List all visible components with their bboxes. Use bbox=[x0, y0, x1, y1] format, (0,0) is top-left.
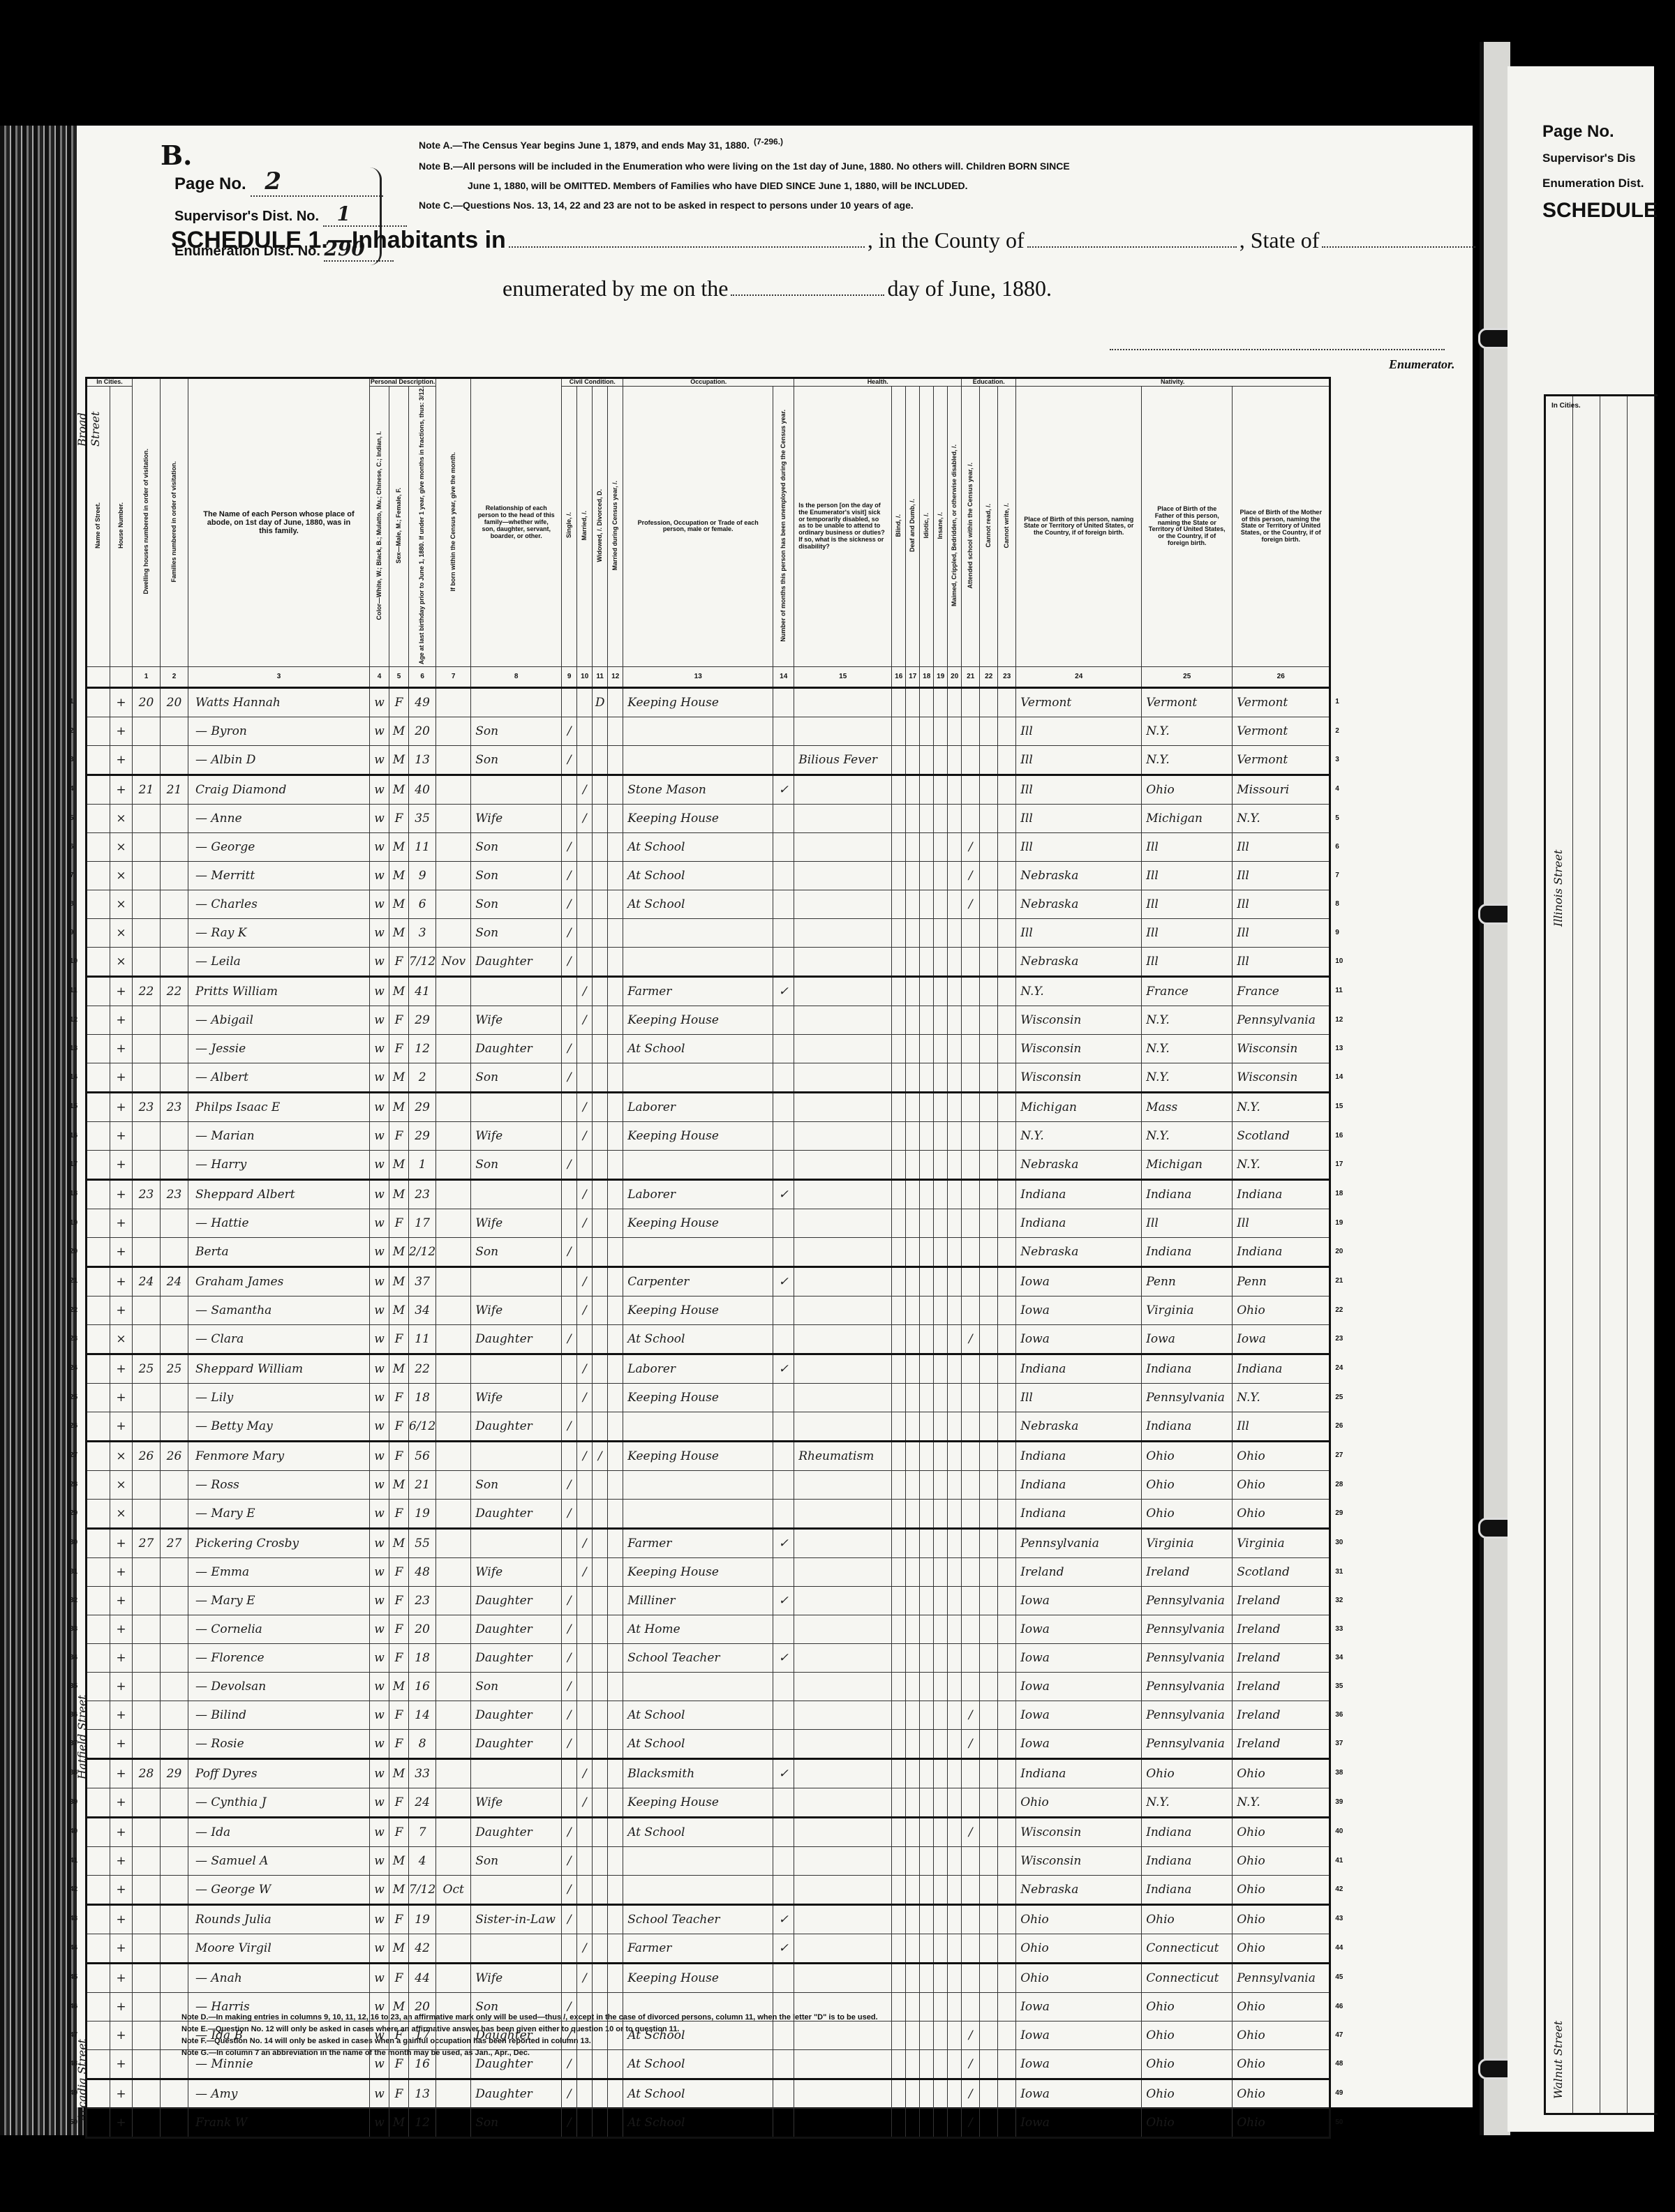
birthplace-cell: Indiana bbox=[1016, 1758, 1142, 1788]
sex-cell: M bbox=[389, 745, 409, 775]
line-number: 49 bbox=[70, 2089, 77, 2097]
empty-cell bbox=[934, 804, 948, 832]
dwelling-number bbox=[133, 832, 161, 861]
line-number: 13 bbox=[70, 1045, 77, 1052]
widowed-mark bbox=[593, 1817, 608, 1846]
age-cell: 11 bbox=[409, 832, 436, 861]
dwelling-number bbox=[133, 1006, 161, 1034]
occupation-cell: Stone Mason bbox=[623, 775, 773, 804]
empty-cell bbox=[934, 2021, 948, 2049]
age-cell: 56 bbox=[409, 1441, 436, 1470]
empty-cell bbox=[87, 1354, 110, 1383]
empty-cell bbox=[980, 775, 998, 804]
empty-cell bbox=[980, 1586, 998, 1615]
census-table: In Cities. Dwelling houses numbered in o… bbox=[85, 377, 1331, 2139]
attended-school-mark bbox=[962, 1441, 980, 1470]
empty-cell bbox=[608, 1296, 623, 1324]
married-mark bbox=[577, 832, 593, 861]
father-birthplace-cell: Indiana bbox=[1142, 1237, 1233, 1266]
table-row: +— Cynthia JwF24Wife/Keeping HouseOhioN.… bbox=[87, 1788, 1330, 1817]
line-number: 22 bbox=[1335, 1306, 1343, 1314]
empty-cell bbox=[920, 775, 934, 804]
birthplace-cell: Iowa bbox=[1016, 1615, 1142, 1643]
birthplace-cell: Iowa bbox=[1016, 2108, 1142, 2137]
empty-cell bbox=[948, 1383, 962, 1412]
mother-birthplace-cell: Ohio bbox=[1233, 1875, 1330, 1904]
house-number: + bbox=[110, 1586, 133, 1615]
enumerated-line: enumerated by me on the day of June, 188… bbox=[502, 276, 1052, 301]
birthplace-cell: Ohio bbox=[1016, 1963, 1142, 1992]
empty-cell bbox=[998, 1179, 1016, 1209]
empty-cell bbox=[608, 1150, 623, 1179]
adjacent-table: In Cities. Illinois Street Walnut Street bbox=[1544, 394, 1658, 2115]
color-cell: w bbox=[370, 1470, 389, 1499]
person-name: — Bilind bbox=[188, 1701, 370, 1729]
empty-cell bbox=[980, 1788, 998, 1817]
col-5-header: Sex—Male, M.; Female, F. bbox=[389, 386, 409, 666]
widowed-mark bbox=[593, 1904, 608, 1934]
color-cell: w bbox=[370, 1904, 389, 1934]
col-4-header: Color—White, W.; Black, B.; Mulatto, Mu.… bbox=[370, 386, 389, 666]
table-row: +— CorneliawF20Daughter/At HomeIowaPenns… bbox=[87, 1615, 1330, 1643]
empty-cell bbox=[934, 1963, 948, 1992]
empty-cell bbox=[906, 1121, 920, 1150]
person-name: Graham James bbox=[188, 1266, 370, 1296]
empty-cell bbox=[906, 918, 920, 947]
widowed-mark bbox=[593, 1729, 608, 1758]
relationship-cell bbox=[471, 1875, 562, 1904]
family-number: 21 bbox=[161, 775, 188, 804]
widowed-mark bbox=[593, 947, 608, 976]
table-row: +— MinniewF16Daughter/At School/IowaOhio… bbox=[87, 2049, 1330, 2079]
occupation-cell: Keeping House bbox=[623, 1383, 773, 1412]
relationship-cell: Daughter bbox=[471, 1586, 562, 1615]
unemployed-cell bbox=[773, 861, 794, 890]
empty-cell bbox=[892, 1063, 906, 1092]
page-no-field: Page No. 2 bbox=[174, 167, 383, 197]
birthplace-cell: Wisconsin bbox=[1016, 1063, 1142, 1092]
married-mark: / bbox=[577, 1121, 593, 1150]
color-cell: w bbox=[370, 1528, 389, 1557]
single-mark: / bbox=[562, 2108, 577, 2137]
sex-cell: F bbox=[389, 2079, 409, 2108]
widowed-mark bbox=[593, 918, 608, 947]
empty-cell bbox=[920, 2021, 934, 2049]
occupation-cell: Keeping House bbox=[623, 1963, 773, 1992]
single-mark: / bbox=[562, 1729, 577, 1758]
family-number bbox=[161, 2021, 188, 2049]
sex-cell: M bbox=[389, 1237, 409, 1266]
relationship-cell bbox=[471, 1758, 562, 1788]
empty-cell bbox=[980, 1615, 998, 1643]
family-number bbox=[161, 1586, 188, 1615]
inhabitants-in-field[interactable] bbox=[509, 246, 865, 248]
house-number: + bbox=[110, 1237, 133, 1266]
sickness-cell bbox=[794, 1063, 892, 1092]
birth-month-cell bbox=[436, 861, 471, 890]
dwelling-number: 23 bbox=[133, 1179, 161, 1209]
empty-cell bbox=[980, 2079, 998, 2108]
line-number: 49 bbox=[1335, 2089, 1343, 2097]
sickness-cell bbox=[794, 1615, 892, 1643]
empty-cell bbox=[892, 1121, 906, 1150]
married-mark: / bbox=[577, 1383, 593, 1412]
relationship-cell: Daughter bbox=[471, 947, 562, 976]
unemployed-cell bbox=[773, 2049, 794, 2079]
adjacent-page-no-label: Page No. bbox=[1542, 122, 1614, 142]
unemployed-cell bbox=[773, 687, 794, 717]
line-number: 15 bbox=[70, 1103, 77, 1110]
father-birthplace-cell: Michigan bbox=[1142, 1150, 1233, 1179]
empty-cell bbox=[608, 804, 623, 832]
color-cell: w bbox=[370, 1701, 389, 1729]
mother-birthplace-cell: Ohio bbox=[1233, 2021, 1330, 2049]
empty-cell bbox=[998, 1528, 1016, 1557]
married-mark bbox=[577, 745, 593, 775]
father-birthplace-cell: N.Y. bbox=[1142, 1034, 1233, 1063]
empty-cell bbox=[998, 2079, 1016, 2108]
single-mark bbox=[562, 1557, 577, 1586]
occupation-cell: At School bbox=[623, 1324, 773, 1354]
empty-cell bbox=[948, 1179, 962, 1209]
unemployed-cell bbox=[773, 1729, 794, 1758]
empty-cell bbox=[934, 1672, 948, 1701]
person-name: Pickering Crosby bbox=[188, 1528, 370, 1557]
enumerator-signature-line[interactable] bbox=[1110, 349, 1445, 350]
father-birthplace-cell: Ill bbox=[1142, 947, 1233, 976]
empty-cell bbox=[906, 2079, 920, 2108]
attended-school-mark bbox=[962, 1179, 980, 1209]
empty-cell bbox=[920, 745, 934, 775]
age-cell: 1 bbox=[409, 1150, 436, 1179]
family-number bbox=[161, 1788, 188, 1817]
empty-cell bbox=[87, 687, 110, 717]
birth-month-cell bbox=[436, 1758, 471, 1788]
occupation-cell: Farmer bbox=[623, 976, 773, 1006]
enumeration-day-field[interactable] bbox=[731, 294, 884, 296]
empty-cell bbox=[980, 890, 998, 918]
empty-cell bbox=[948, 717, 962, 745]
empty-cell bbox=[980, 1412, 998, 1441]
table-row: +— JessiewF12Daughter/At SchoolWisconsin… bbox=[87, 1034, 1330, 1063]
age-cell: 12 bbox=[409, 1034, 436, 1063]
unemployed-cell: ✓ bbox=[773, 1643, 794, 1672]
empty-cell bbox=[998, 1934, 1016, 1963]
person-name: Pritts William bbox=[188, 976, 370, 1006]
person-name: Frank W bbox=[188, 2108, 370, 2137]
empty-cell bbox=[87, 1963, 110, 1992]
house-number: + bbox=[110, 1354, 133, 1383]
empty-cell bbox=[87, 1063, 110, 1092]
empty-cell bbox=[906, 1904, 920, 1934]
widowed-mark bbox=[593, 1063, 608, 1092]
empty-cell bbox=[998, 775, 1016, 804]
sex-cell: M bbox=[389, 861, 409, 890]
empty-cell bbox=[920, 1528, 934, 1557]
line-number: 24 bbox=[70, 1364, 77, 1372]
relationship-cell bbox=[471, 976, 562, 1006]
relationship-cell: Wife bbox=[471, 804, 562, 832]
unemployed-cell: ✓ bbox=[773, 1179, 794, 1209]
dwelling-number bbox=[133, 1470, 161, 1499]
occupation-cell: At School bbox=[623, 2021, 773, 2049]
sex-cell: M bbox=[389, 1092, 409, 1121]
empty-cell bbox=[920, 1092, 934, 1121]
single-mark bbox=[562, 1179, 577, 1209]
table-row: +— Mary EwF23Daughter/Milliner✓IowaPenns… bbox=[87, 1586, 1330, 1615]
birth-month-cell bbox=[436, 717, 471, 745]
empty-cell bbox=[906, 1034, 920, 1063]
single-mark: / bbox=[562, 2049, 577, 2079]
family-number: 23 bbox=[161, 1179, 188, 1209]
dwelling-number bbox=[133, 804, 161, 832]
state-field[interactable] bbox=[1322, 246, 1475, 248]
relationship-cell: Son bbox=[471, 1063, 562, 1092]
empty-cell bbox=[920, 1354, 934, 1383]
line-number: 8 bbox=[1335, 900, 1339, 908]
married-mark: / bbox=[577, 1209, 593, 1237]
empty-cell bbox=[608, 1209, 623, 1237]
empty-cell bbox=[920, 1179, 934, 1209]
unemployed-cell: ✓ bbox=[773, 1528, 794, 1557]
single-mark: / bbox=[562, 1237, 577, 1266]
birthplace-cell: Indiana bbox=[1016, 1209, 1142, 1237]
empty-cell bbox=[892, 1324, 906, 1354]
relationship-cell: Son bbox=[471, 1237, 562, 1266]
mother-birthplace-cell: Virginia bbox=[1233, 1528, 1330, 1557]
relationship-cell: Daughter bbox=[471, 1034, 562, 1063]
widowed-mark bbox=[593, 2079, 608, 2108]
widowed-mark bbox=[593, 1557, 608, 1586]
empty-cell bbox=[980, 2108, 998, 2137]
empty-cell bbox=[948, 918, 962, 947]
empty-cell bbox=[87, 1729, 110, 1758]
mother-birthplace-cell: Pennsylvania bbox=[1233, 1963, 1330, 1992]
birth-month-cell: Oct bbox=[436, 1875, 471, 1904]
empty-cell bbox=[608, 1092, 623, 1121]
adjacent-enumeration-label: Enumeration Dist. bbox=[1542, 177, 1644, 190]
empty-cell bbox=[608, 1788, 623, 1817]
mother-birthplace-cell: Wisconsin bbox=[1233, 1034, 1330, 1063]
attended-school-mark bbox=[962, 1383, 980, 1412]
table-row: +— ByronwM20Son/IllN.Y.Vermont bbox=[87, 717, 1330, 745]
empty-cell bbox=[920, 1758, 934, 1788]
family-number bbox=[161, 745, 188, 775]
color-cell: w bbox=[370, 1266, 389, 1296]
table-row: ×— RosswM21Son/IndianaOhioOhio bbox=[87, 1470, 1330, 1499]
attended-school-mark: / bbox=[962, 1817, 980, 1846]
empty-cell bbox=[948, 1441, 962, 1470]
empty-cell bbox=[920, 1237, 934, 1266]
empty-cell bbox=[948, 1237, 962, 1266]
single-mark: / bbox=[562, 1586, 577, 1615]
empty-cell bbox=[608, 1441, 623, 1470]
empty-cell bbox=[920, 1963, 934, 1992]
empty-cell bbox=[998, 1383, 1016, 1412]
empty-cell bbox=[892, 2108, 906, 2137]
relationship-cell: Sister-in-Law bbox=[471, 1904, 562, 1934]
empty-cell bbox=[87, 832, 110, 861]
father-birthplace-cell: N.Y. bbox=[1142, 1788, 1233, 1817]
single-mark: / bbox=[562, 1063, 577, 1092]
single-mark: / bbox=[562, 1904, 577, 1934]
married-mark: / bbox=[577, 1758, 593, 1788]
relationship-cell bbox=[471, 775, 562, 804]
empty-cell bbox=[998, 1266, 1016, 1296]
age-cell: 3 bbox=[409, 918, 436, 947]
color-cell: w bbox=[370, 1758, 389, 1788]
color-cell: w bbox=[370, 1586, 389, 1615]
person-name: — Rosie bbox=[188, 1729, 370, 1758]
empty-cell bbox=[892, 1758, 906, 1788]
empty-cell bbox=[934, 1121, 948, 1150]
sickness-cell bbox=[794, 1643, 892, 1672]
line-number: 34 bbox=[70, 1654, 77, 1661]
empty-cell bbox=[948, 1586, 962, 1615]
attended-school-mark bbox=[962, 1557, 980, 1586]
sickness-cell bbox=[794, 1179, 892, 1209]
sickness-cell: Bilious Fever bbox=[794, 745, 892, 775]
attended-school-mark: / bbox=[962, 832, 980, 861]
empty-cell bbox=[608, 775, 623, 804]
mother-birthplace-cell: Indiana bbox=[1233, 1354, 1330, 1383]
occupation-cell: School Teacher bbox=[623, 1643, 773, 1672]
married-mark: / bbox=[577, 1092, 593, 1121]
color-cell: w bbox=[370, 861, 389, 890]
person-name: — Leila bbox=[188, 947, 370, 976]
widowed-mark bbox=[593, 1324, 608, 1354]
empty-cell bbox=[892, 890, 906, 918]
attended-school-mark bbox=[962, 1296, 980, 1324]
house-number: + bbox=[110, 1758, 133, 1788]
empty-cell bbox=[934, 2079, 948, 2108]
family-number bbox=[161, 1729, 188, 1758]
schedule-title-line: SCHEDULE 1.—Inhabitants in , in the Coun… bbox=[171, 227, 1475, 254]
sex-cell: M bbox=[389, 775, 409, 804]
father-birthplace-cell: Ill bbox=[1142, 861, 1233, 890]
attended-school-mark bbox=[962, 1846, 980, 1875]
empty-cell bbox=[934, 1586, 948, 1615]
occupation-cell bbox=[623, 1992, 773, 2021]
color-cell: w bbox=[370, 1412, 389, 1441]
empty-cell bbox=[608, 1237, 623, 1266]
table-row: +— IdawF7Daughter/At School/WisconsinInd… bbox=[87, 1817, 1330, 1846]
empty-cell bbox=[934, 1729, 948, 1758]
empty-cell bbox=[948, 890, 962, 918]
person-name: — Cynthia J bbox=[188, 1788, 370, 1817]
sex-cell: F bbox=[389, 1412, 409, 1441]
age-cell: 7/12 bbox=[409, 947, 436, 976]
father-birthplace-cell: Ohio bbox=[1142, 2021, 1233, 2049]
sex-cell: F bbox=[389, 804, 409, 832]
empty-cell bbox=[998, 1063, 1016, 1092]
single-mark: / bbox=[562, 1992, 577, 2021]
family-number: 22 bbox=[161, 976, 188, 1006]
empty-cell bbox=[934, 861, 948, 890]
widowed-mark bbox=[593, 1499, 608, 1528]
father-birthplace-cell: Ohio bbox=[1142, 1441, 1233, 1470]
empty-cell bbox=[906, 1150, 920, 1179]
empty-cell bbox=[980, 861, 998, 890]
column-number-row: 123 456 78 9101112 131415 1617181920 212… bbox=[87, 666, 1330, 687]
attended-school-mark bbox=[962, 1963, 980, 1992]
sickness-cell bbox=[794, 1528, 892, 1557]
empty-cell bbox=[892, 1006, 906, 1034]
relationship-cell: Daughter bbox=[471, 2049, 562, 2079]
empty-cell bbox=[892, 1672, 906, 1701]
widowed-mark bbox=[593, 1354, 608, 1383]
empty-cell bbox=[87, 890, 110, 918]
empty-cell bbox=[906, 832, 920, 861]
empty-cell bbox=[948, 745, 962, 775]
line-number: 32 bbox=[70, 1597, 77, 1604]
dwelling-number bbox=[133, 947, 161, 976]
single-mark bbox=[562, 1354, 577, 1383]
person-name: — Lily bbox=[188, 1383, 370, 1412]
col-21-header: Attended school within the Census year, … bbox=[962, 386, 980, 666]
empty-cell bbox=[980, 717, 998, 745]
relationship-cell: Daughter bbox=[471, 1615, 562, 1643]
house-number: + bbox=[110, 2079, 133, 2108]
table-row: +2121Craig DiamondwM40/Stone Mason✓IllOh… bbox=[87, 775, 1330, 804]
empty-cell bbox=[608, 1846, 623, 1875]
empty-cell bbox=[892, 1729, 906, 1758]
sex-cell: F bbox=[389, 1701, 409, 1729]
empty-cell bbox=[998, 1701, 1016, 1729]
birthplace-cell: Iowa bbox=[1016, 1729, 1142, 1758]
empty-cell bbox=[998, 1846, 1016, 1875]
widowed-mark bbox=[593, 1846, 608, 1875]
line-number: 20 bbox=[70, 1248, 77, 1255]
county-field[interactable] bbox=[1027, 246, 1237, 248]
dwelling-number bbox=[133, 1788, 161, 1817]
family-number bbox=[161, 1412, 188, 1441]
age-cell: 23 bbox=[409, 1586, 436, 1615]
empty-cell bbox=[892, 2079, 906, 2108]
empty-cell bbox=[934, 1034, 948, 1063]
empty-cell bbox=[948, 2108, 962, 2137]
empty-cell bbox=[920, 861, 934, 890]
color-cell: w bbox=[370, 832, 389, 861]
line-number: 19 bbox=[70, 1219, 77, 1227]
color-cell: w bbox=[370, 890, 389, 918]
person-name: — Samantha bbox=[188, 1296, 370, 1324]
mother-birthplace-cell: Vermont bbox=[1233, 745, 1330, 775]
birth-month-cell bbox=[436, 1296, 471, 1324]
empty-cell bbox=[892, 1963, 906, 1992]
person-name: — Emma bbox=[188, 1557, 370, 1586]
attended-school-mark bbox=[962, 1121, 980, 1150]
age-cell: 8 bbox=[409, 1729, 436, 1758]
father-birthplace-cell: Pennsylvania bbox=[1142, 1586, 1233, 1615]
color-cell: w bbox=[370, 1179, 389, 1209]
unemployed-cell bbox=[773, 2108, 794, 2137]
person-name: — Clara bbox=[188, 1324, 370, 1354]
house-number: + bbox=[110, 2108, 133, 2137]
empty-cell bbox=[87, 1934, 110, 1963]
dwelling-number bbox=[133, 2108, 161, 2137]
birthplace-cell: Indiana bbox=[1016, 1441, 1142, 1470]
empty-cell bbox=[608, 1006, 623, 1034]
birthplace-cell: Ill bbox=[1016, 832, 1142, 861]
mother-birthplace-cell: Ohio bbox=[1233, 1470, 1330, 1499]
empty-cell bbox=[920, 1643, 934, 1672]
house-number: + bbox=[110, 717, 133, 745]
father-birthplace-cell: Pennsylvania bbox=[1142, 1672, 1233, 1701]
family-number bbox=[161, 1904, 188, 1934]
empty-cell bbox=[948, 1963, 962, 1992]
family-number bbox=[161, 1499, 188, 1528]
